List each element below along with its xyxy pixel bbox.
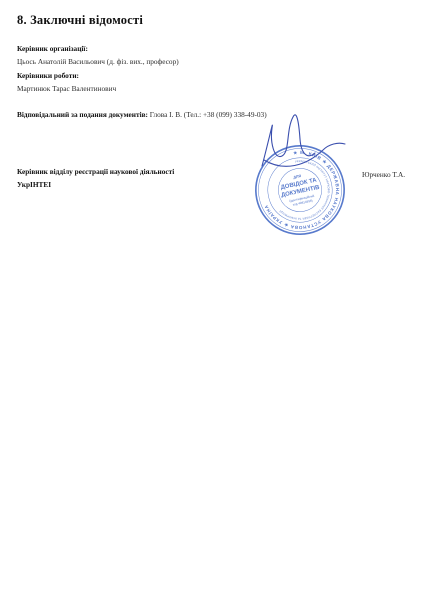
section-heading: 8. Заключні відомості bbox=[17, 13, 143, 28]
work-heads-label: Керівники роботи: bbox=[17, 71, 79, 80]
signature-stroke-main bbox=[262, 115, 315, 166]
registration-head-label: Керівник відділу реєстрації наукової дія… bbox=[17, 167, 174, 176]
responsible-line: Відповідальний за подання документів: Гл… bbox=[17, 110, 267, 119]
responsible-label: Відповідальний за подання документів: bbox=[17, 110, 148, 119]
signature bbox=[252, 108, 348, 174]
registration-org: УкрІНТЕІ bbox=[17, 180, 51, 189]
responsible-value: Глова І. В. (Тел.: +38 (099) 338-49-03) bbox=[148, 110, 267, 119]
work-heads-value: Мартинюк Тарас Валентинович bbox=[17, 84, 116, 93]
signature-icon bbox=[252, 108, 348, 174]
stamp-center-line1: ДЛЯ bbox=[293, 174, 302, 180]
document-page: 8. Заключні відомості Керівник організац… bbox=[0, 0, 424, 600]
org-head-value: Цьось Анатолій Васильович (д. фіз. вих.,… bbox=[17, 57, 179, 66]
signatory-name: Юрченко Т.А. bbox=[362, 170, 405, 179]
org-head-label: Керівник організації: bbox=[17, 44, 88, 53]
